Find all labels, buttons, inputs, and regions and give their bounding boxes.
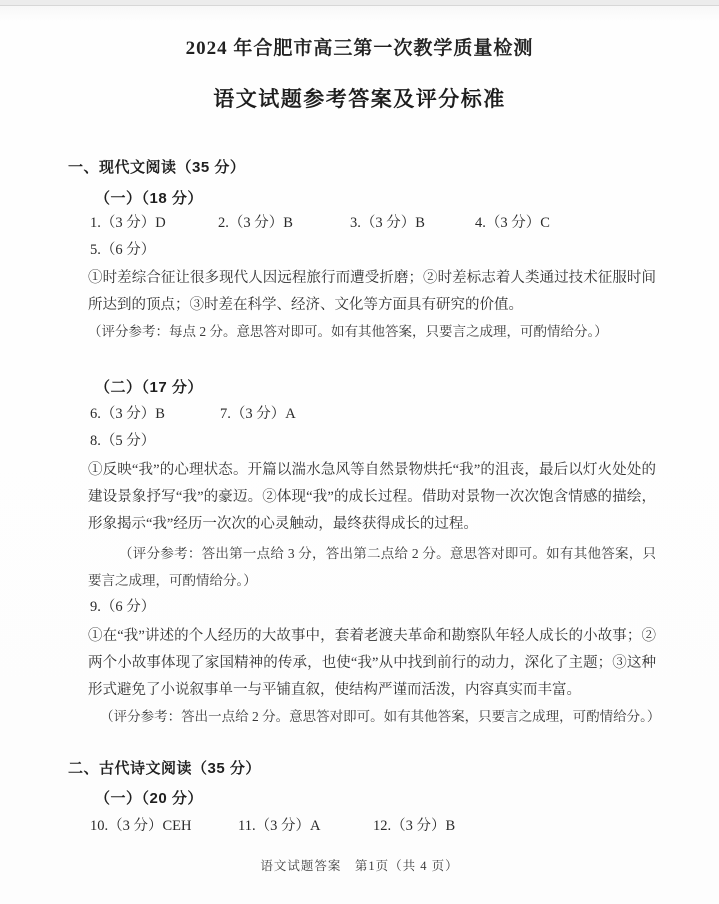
answer-q3: 3.（3 分）B [350,213,475,233]
answer-q12: 12.（3 分）B [373,816,455,836]
question-5-scoring-note: （评分参考：每点 2 分。意思答对即可。如有其他答案，只要言之成理，可酌情给分。… [88,322,656,342]
question-8-scoring-note: （评分参考：答出第一点给 3 分，答出第二点给 2 分。意思答对即可。如有其他答… [88,540,656,594]
question-8-answer-text: ①反映“我”的心理状态。开篇以湍水急风等自然景物烘托“我”的沮丧，最后以灯火处处… [88,457,656,538]
answer-q11: 11.（3 分）A [238,816,373,836]
answer-q1: 1.（3 分）D [90,213,218,233]
section-1-part-1-heading: （一）（18 分） [95,189,657,209]
question-5-label: 5.（6 分） [90,240,657,260]
question-8-label: 8.（5 分） [90,431,657,451]
question-9-answer-text: ①在“我”讲述的个人经历的大故事中，套着老渡夫革命和勘察队年轻人成长的小故事；②… [88,623,656,704]
page-footer: 语文试题答案 第1页（共 4 页） [0,858,719,874]
section-1-heading: 一、现代文阅读（35 分） [68,158,657,178]
section-2-heading: 二、古代诗文阅读（35 分） [68,759,657,779]
question-5-answer-text: ①时差综合征让很多现代人因远程旅行而遭受折磨；②时差标志着人类通过技术征服时间所… [88,265,656,319]
document-title: 2024 年合肥市高三第一次教学质量检测 [0,36,719,62]
answer-q2: 2.（3 分）B [218,213,350,233]
answer-row-3: 10.（3 分）CEH 11.（3 分）A 12.（3 分）B [90,816,657,836]
answer-q10: 10.（3 分）CEH [90,816,238,836]
section-1-part-2-heading: （二）（17 分） [95,378,657,398]
question-9-label: 9.（6 分） [90,597,657,617]
section-2-part-1-heading: （一）（20 分） [95,789,657,809]
answer-row-2: 6.（3 分）B 7.（3 分）A [90,404,657,424]
question-9-scoring-note: （评分参考：答出一点给 2 分。意思答对即可。如有其他答案，只要言之成理，可酌情… [88,707,656,727]
document-page: 2024 年合肥市高三第一次教学质量检测 语文试题参考答案及评分标准 一、现代文… [0,0,719,904]
answer-row-1: 1.（3 分）D 2.（3 分）B 3.（3 分）B 4.（3 分）C [90,213,657,233]
document-subtitle: 语文试题参考答案及评分标准 [0,86,719,113]
answer-q7: 7.（3 分）A [220,404,296,424]
answer-q4: 4.（3 分）C [475,213,550,233]
scan-edge [0,0,719,6]
answer-q6: 6.（3 分）B [90,404,220,424]
document-body: 一、现代文阅读（35 分） （一）（18 分） 1.（3 分）D 2.（3 分）… [68,158,657,836]
